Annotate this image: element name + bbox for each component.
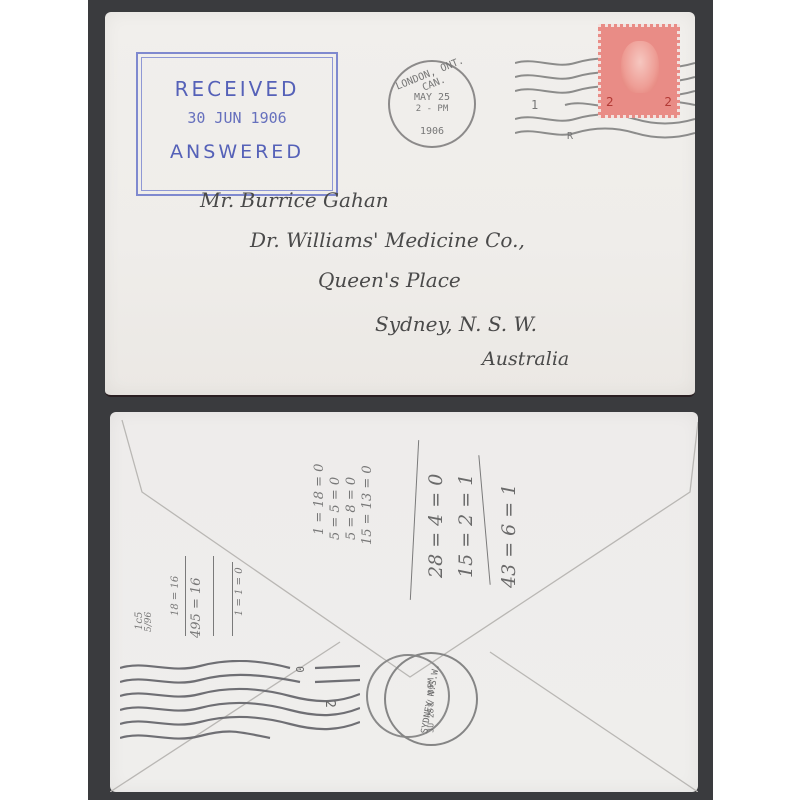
- address-line-3: Queen's Place: [318, 268, 461, 292]
- pencil-side-line3: 18 = 16: [170, 576, 181, 616]
- stamp-value-right: 2: [664, 95, 672, 109]
- pencil-side-line4: 495 = 16: [189, 577, 204, 638]
- pencil-calc-col1-line2: 5 = 5 = 0: [328, 477, 343, 540]
- svg-text:1: 1: [531, 98, 538, 112]
- pencil-side-line2: 5/96: [144, 612, 154, 632]
- handstamp-answered-label: ANSWERED: [138, 141, 336, 163]
- address-line-2: Dr. Williams' Medicine Co.,: [250, 228, 525, 252]
- handstamp-date: 30 JUN 1906: [138, 109, 336, 127]
- postmark-year: 1906: [390, 126, 474, 137]
- address-line-5: Australia: [482, 348, 569, 370]
- pencil-side-line5: 1 = 1 = 0: [234, 567, 245, 616]
- pencil-calc-col2-line1: 28 = 4 = 0: [425, 474, 447, 578]
- postmark-date: MAY 25: [390, 92, 474, 103]
- postmark-time: 2 - PM: [390, 104, 474, 114]
- sydney-arrival-postmark: SYDNEY N.S.W. 8 - PM JU 28 / 06: [384, 652, 478, 746]
- address-line-4: Sydney, N. S. W.: [375, 312, 537, 336]
- handstamp-received-label: RECEIVED: [138, 77, 336, 101]
- stamp-value-left: 2: [606, 95, 614, 109]
- pencil-calc-col3-line1: 43 = 6 = 1: [498, 484, 520, 588]
- pencil-side-divider-1: [185, 556, 186, 636]
- pencil-side-divider-2: [213, 556, 214, 636]
- back-machine-cancel-wavy-lines: 0 2: [120, 660, 360, 750]
- pencil-calc-col1-line4: 15 = 13 = 0: [360, 465, 375, 545]
- arrival-postmark-date: JU 28 / 06: [427, 664, 436, 754]
- svg-text:2: 2: [322, 700, 337, 708]
- address-line-1: Mr. Burrice Gahan: [200, 188, 389, 212]
- stamp-portrait-icon: [621, 41, 659, 93]
- pencil-side-divider-3: [232, 562, 233, 636]
- pencil-calc-col2-line2: 15 = 2 = 1: [455, 474, 477, 578]
- svg-text:R: R: [567, 131, 574, 142]
- pencil-calc-col1-line1: 1 = 18 = 0: [312, 464, 327, 535]
- received-answered-handstamp: RECEIVED 30 JUN 1906 ANSWERED: [136, 52, 338, 196]
- postage-stamp-2c: 2 2: [598, 24, 680, 118]
- london-ont-postmark: LONDON, ONT. CAN. MAY 25 2 - PM 1906: [388, 60, 476, 148]
- pencil-calc-col1-line3: 5 = 8 = 0: [344, 477, 359, 540]
- svg-text:0: 0: [293, 666, 306, 673]
